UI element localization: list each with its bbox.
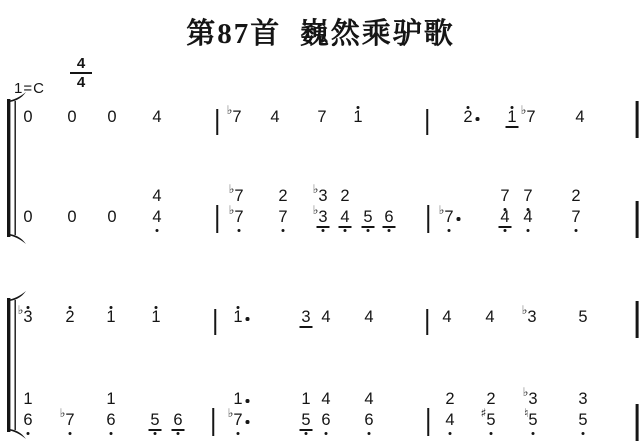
system-bracket [4,92,30,244]
note-number: 6 [364,413,373,428]
chord: 27 [570,189,583,233]
note-number: 7 [278,210,287,225]
time-signature-numerator: 4 [70,56,92,71]
time-signature-denominator: 4 [70,75,92,90]
note: 2 [462,104,475,133]
note: 2 [64,304,77,333]
note-number: 1 [301,392,310,407]
note-number: 0 [67,210,76,225]
low-octave-dot [504,229,507,232]
note-number: 1 [507,110,516,125]
chord: 2♯5 [485,392,498,436]
note-number: 2 [463,110,472,125]
chord: ♭3♮5 [527,392,540,436]
chord: 46 [363,392,376,436]
time-signature: 4 4 [70,56,92,90]
sheet-music-page: 第87首 巍然乘驴歌 1=C 4 4 0004♭747121♭74 00044♭… [0,0,641,441]
note: 1 [105,304,118,333]
note-number: 1 [233,310,242,325]
note: ♭7 [64,413,77,436]
eighth-underline [339,226,352,228]
low-octave-dot [156,229,159,232]
high-octave-dot [155,306,158,309]
note-number: 2 [486,392,495,407]
eighth-underline [317,226,330,228]
note-number: 4 [500,210,509,225]
low-octave-dot [237,432,240,435]
low-octave-dot [367,229,370,232]
flat-icon: ♭ [227,105,233,115]
system1-melody-line: 0004♭747121♭74 [0,0,641,441]
low-octave-dot [325,432,328,435]
high-octave-dot [110,306,113,309]
high-octave-dot [511,106,514,109]
flat-icon: ♭ [229,184,235,194]
note-number: 2 [571,189,580,204]
low-octave-dot [344,229,347,232]
chord: 46 [320,392,333,436]
note: 1 [232,304,245,333]
note-number: 4 [321,310,330,325]
low-octave-dot [388,229,391,232]
augmentation-dot [246,317,250,321]
note: 4 [363,304,376,333]
barline [214,309,216,335]
flat-icon: ♭ [228,408,234,418]
note-number: 2 [340,189,349,204]
low-octave-dot [532,432,535,435]
note-number: 2 [65,310,74,325]
note-number: 7 [500,189,509,204]
rest-note: 0 [106,210,119,233]
note: 5 [149,413,162,436]
augmentation-dot [476,117,480,121]
flat-icon: ♭ [521,105,527,115]
chord: ♭3♭3 [317,189,330,233]
note: ♭7 [525,104,538,133]
note-number: 4 [442,310,451,325]
note-number: 0 [107,110,116,125]
note-number: 5 [486,413,495,428]
note: 4 [484,304,497,333]
note-number: 7 [233,413,242,428]
barline [426,309,428,335]
eighth-underline [149,429,162,431]
note-number: 0 [107,210,116,225]
note-number: 4 [445,413,454,428]
note-number: 1 [106,392,115,407]
note: 6 [383,210,396,233]
high-octave-dot [357,106,360,109]
natural-icon: ♮ [524,408,528,418]
note-number: 3 [578,392,587,407]
augmentation-dot [246,399,250,403]
note-number: 1 [106,310,115,325]
note-number: 4 [364,392,373,407]
note-number: 7 [526,110,535,125]
note-number: 7 [232,110,241,125]
note-number: 3 [318,210,327,225]
low-octave-dot [490,432,493,435]
note-number: 4 [270,110,279,125]
barline [427,408,429,436]
chord: 16 [105,392,118,436]
note-number: 7 [523,189,532,204]
chord: ♭7♭7 [233,189,246,233]
low-octave-dot [449,432,452,435]
note-number: 7 [234,189,243,204]
high-octave-dot [237,306,240,309]
note-number: 3 [527,310,536,325]
note: 4 [320,304,333,333]
rest-note: 0 [106,104,119,133]
note-number: 5 [363,210,372,225]
note-number: 5 [578,413,587,428]
chord: 24 [339,189,352,233]
note: 1 [150,304,163,333]
low-octave-dot [177,432,180,435]
note-number: 4 [152,210,161,225]
note-number: 7 [444,210,453,225]
note: ♭3 [526,304,539,333]
eighth-underline [499,226,512,228]
low-octave-dot [322,229,325,232]
chord: 74 [522,189,535,233]
flat-icon: ♭ [523,387,529,397]
low-octave-dot [575,229,578,232]
note-number: 4 [340,210,349,225]
flat-icon: ♭ [60,408,66,418]
note: 4 [441,304,454,333]
eighth-underline [362,226,375,228]
eighth-underline [172,429,185,431]
barline [216,109,218,135]
note-number: 5 [528,413,537,428]
flat-icon: ♭ [439,205,445,215]
final-barline [636,404,639,441]
note: ♭7 [443,210,456,233]
note: 3 [300,304,313,333]
note: 5 [362,210,375,233]
eighth-underline [383,226,396,228]
note-number: 5 [578,310,587,325]
note: 5 [577,304,590,333]
note: 1 [352,104,365,133]
barline [427,205,429,233]
note-number: 4 [364,310,373,325]
note-number: 2 [445,392,454,407]
note-number: 4 [485,310,494,325]
note-number: 3 [528,392,537,407]
note-number: 5 [150,413,159,428]
note-number: 6 [106,413,115,428]
high-octave-dot [69,306,72,309]
note: ♭7 [231,104,244,133]
rest-note: 0 [66,210,79,233]
system1-bass-line: 00044♭7♭727♭3♭32456♭7747427 [0,0,641,441]
barline [216,205,218,233]
eighth-underline [300,429,313,431]
note-number: 4 [152,189,161,204]
low-octave-dot [368,432,371,435]
barline [212,408,214,436]
low-octave-dot [154,432,157,435]
flat-icon: ♭ [313,184,319,194]
low-octave-dot [448,229,451,232]
note-number: 6 [321,413,330,428]
final-barline [636,301,639,338]
augmentation-dot [246,420,250,424]
system2-bass-line: 16♭716561♭7154646242♯5♭3♮535 [0,0,641,441]
note-number: 4 [152,110,161,125]
note-number: 5 [301,413,310,428]
note-number: 7 [571,210,580,225]
note: 1 [506,104,519,133]
note-number: 6 [173,413,182,428]
low-octave-dot [110,432,113,435]
note-number: 0 [67,110,76,125]
note-number: 1 [151,310,160,325]
high-octave-dot [467,106,470,109]
low-octave-dot [238,229,241,232]
system2-melody-line: ♭3211134444♭35 [0,0,641,441]
note: 6 [172,413,185,436]
flat-icon: ♭ [313,205,319,215]
note-number: 2 [278,189,287,204]
note: 7 [316,104,329,133]
note-number: 1 [233,392,242,407]
note: 4 [269,104,282,133]
flat-icon: ♭ [522,305,528,315]
note-number: 4 [575,110,584,125]
note-number: 3 [301,310,310,325]
final-barline [636,101,639,138]
low-octave-dot [504,208,507,211]
final-barline [636,201,639,238]
chord: 24 [444,392,457,436]
note-number: 4 [523,210,532,225]
chord: 27 [277,189,290,233]
note: 4 [151,104,164,133]
chord: 1♭7 [232,392,245,436]
low-octave-dot [305,432,308,435]
eighth-underline [300,326,313,328]
rest-note: 0 [66,104,79,133]
page-title: 第87首 巍然乘驴歌 [0,11,641,52]
note: 4 [574,104,587,133]
low-octave-dot [527,208,530,211]
eighth-underline [506,126,519,128]
sharp-icon: ♯ [481,408,487,418]
low-octave-dot [69,432,72,435]
augmentation-dot [457,217,461,221]
chord: 74 [499,189,512,233]
system-bracket [4,291,30,439]
note-number: 6 [384,210,393,225]
low-octave-dot [582,432,585,435]
note-number: 4 [321,392,330,407]
chord: 15 [300,392,313,436]
flat-icon: ♭ [229,205,235,215]
low-octave-dot [282,229,285,232]
low-octave-dot [527,229,530,232]
note-number: 7 [234,210,243,225]
note-number: 7 [65,413,74,428]
note-number: 1 [353,110,362,125]
barline [426,109,428,135]
note-number: 7 [317,110,326,125]
chord: 44 [151,189,164,233]
chord: 35 [577,392,590,436]
note-number: 3 [318,189,327,204]
